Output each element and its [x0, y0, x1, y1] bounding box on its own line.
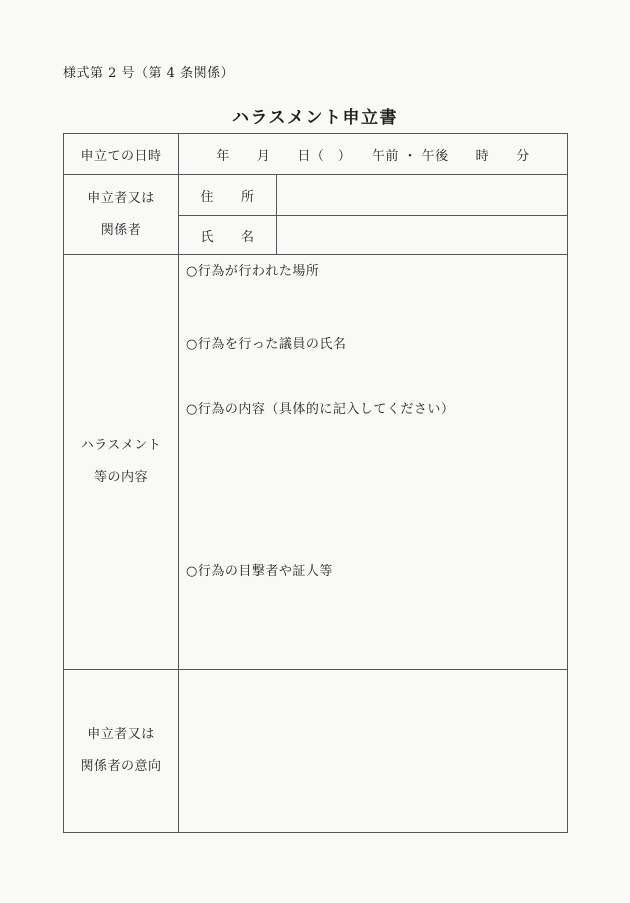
intention-row: 申立者又は 関係者の意向: [64, 670, 568, 833]
prompt-act-details: ○行為の内容（具体的に記入してください）: [186, 401, 561, 419]
document-title: ハラスメント申立書: [63, 103, 567, 128]
applicant-address-row: 申立者又は 関係者 住 所: [64, 175, 568, 216]
address-label: 住 所: [179, 175, 277, 216]
prompt-place-of-act: ○行為が行われた場所: [186, 263, 561, 281]
intention-label-line1: 申立者又は: [87, 727, 155, 742]
datetime-row: 申立ての日時 年 月 日（ ） 午前 ・ 午後 時 分: [64, 134, 568, 175]
intention-label-line2: 関係者の意向: [80, 759, 161, 774]
prompt-witnesses: ○行為の目撃者や証人等: [186, 563, 561, 581]
complaint-form-table: 申立ての日時 年 月 日（ ） 午前 ・ 午後 時 分 申立者又は 関係者 住 …: [63, 133, 568, 833]
applicant-label-line2: 関係者: [101, 223, 142, 238]
address-input-area: [277, 175, 568, 216]
applicant-row-label: 申立者又は 関係者: [64, 175, 179, 255]
harassment-content-area: ○行為が行われた場所 ○行為を行った議員の氏名 ○行為の内容（具体的に記入してく…: [179, 255, 568, 670]
applicant-label-line1: 申立者又は: [87, 191, 155, 206]
harassment-label-line2: 等の内容: [94, 470, 148, 485]
name-input-area: [277, 216, 568, 255]
intention-input-area: [179, 670, 568, 833]
harassment-label-line1: ハラスメント: [81, 438, 162, 453]
datetime-row-label: 申立ての日時: [64, 134, 179, 175]
harassment-row-label: ハラスメント 等の内容: [64, 255, 179, 670]
prompt-member-name: ○行為を行った議員の氏名: [186, 336, 561, 354]
harassment-content-row: ハラスメント 等の内容 ○行為が行われた場所 ○行為を行った議員の氏名 ○行為の…: [64, 255, 568, 670]
intention-row-label: 申立者又は 関係者の意向: [64, 670, 179, 833]
form-number: 様式第 2 号（第 4 条関係）: [63, 62, 234, 81]
datetime-blanks: 年 月 日（ ） 午前 ・ 午後 時 分: [179, 134, 568, 175]
name-label: 氏 名: [179, 216, 277, 255]
